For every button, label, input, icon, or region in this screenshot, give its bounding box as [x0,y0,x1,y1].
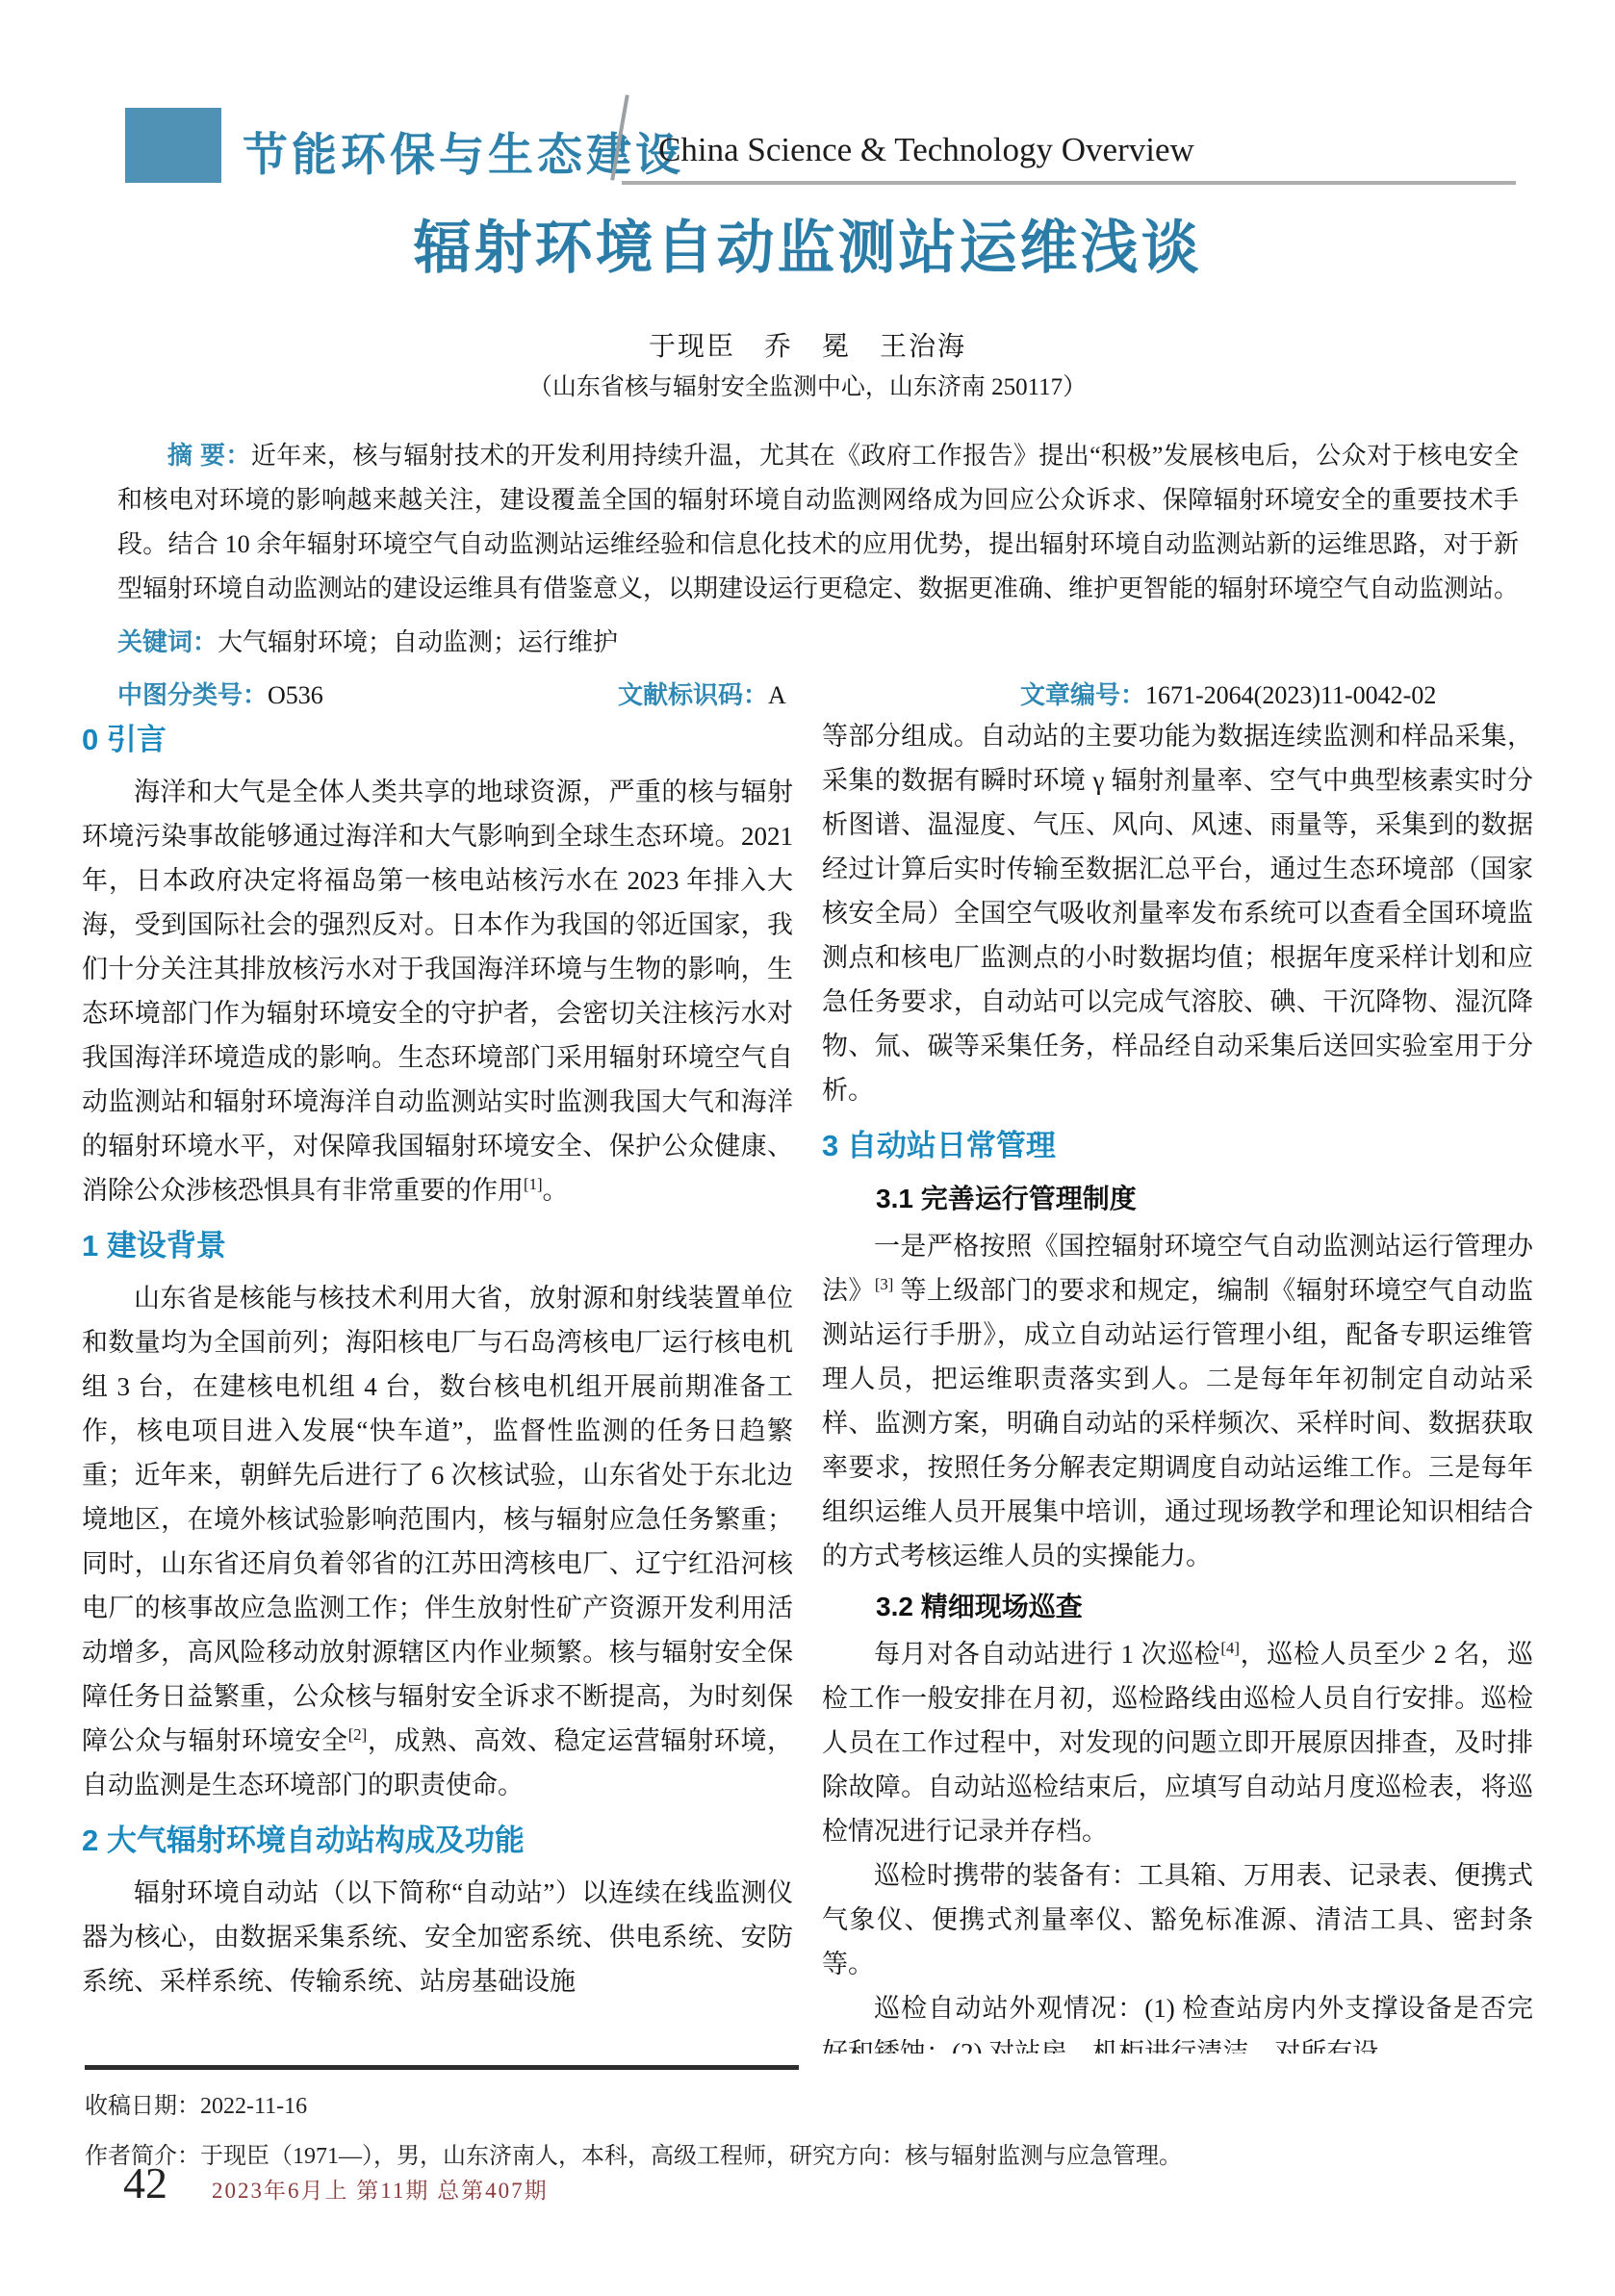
article-affiliation: （山东省核与辐射安全监测中心，山东济南 250117） [0,368,1615,402]
document-code-value: A [768,681,786,709]
abstract-text: 近年来，核与辐射技术的开发利用持续升温，尤其在《政府工作报告》提出“积极”发展核… [117,442,1519,602]
section-heading-0: 0 引言 [82,716,793,764]
section-heading-2: 2 大气辐射环境自动站构成及功能 [82,1817,793,1865]
right-column: 等部分组成。自动站的主要功能为数据连续监测和样品采集，采集的数据有瞬时环境 γ … [822,714,1533,2054]
article-authors: 于现臣 乔 冕 王治海 [0,325,1615,364]
body-paragraph-continued: 等部分组成。自动站的主要功能为数据连续监测和样品采集，采集的数据有瞬时环境 γ … [822,714,1533,1112]
abstract: 摘 要：近年来，核与辐射技术的开发利用持续升温，尤其在《政府工作报告》提出“积极… [117,433,1519,611]
page-number: 42 [123,2157,167,2208]
body-paragraph: 巡检自动站外观情况：(1) 检查站房内外支撑设备是否完好和锈蚀；(2) 对站房、… [822,1986,1533,2054]
article-id-value: 1671-2064(2023)11-0042-02 [1145,681,1436,709]
journal-page: 节能环保与生态建设 China Science & Technology Ove… [0,0,1615,2296]
section-heading-3: 3 自动站日常管理 [822,1122,1533,1170]
clc-label: 中图分类号： [117,680,268,709]
footnote-rule [85,2065,799,2070]
body-paragraph: 海洋和大气是全体人类共享的地球资源，严重的核与辐射环境污染事故能够通过海洋和大气… [82,770,793,1212]
body-paragraph: 辐射环境自动站（以下简称“自动站”）以连续在线监测仪器为核心，由数据采集系统、安… [82,1871,793,2003]
received-date-label: 收稿日期： [85,2094,200,2119]
header-color-block [125,108,221,183]
article-body: 0 引言 海洋和大气是全体人类共享的地球资源，严重的核与辐射环境污染事故能够通过… [82,714,1533,2054]
document-code: 文献标识码：A [618,676,786,715]
section-heading-1: 1 建设背景 [82,1222,793,1270]
body-paragraph: 巡检时携带的装备有：工具箱、万用表、记录表、便携式气象仪、便携式剂量率仪、豁免标… [822,1853,1533,1986]
received-date-value: 2022-11-16 [200,2094,307,2119]
issue-info: 2023年6月上 第11期 总第407期 [212,2173,549,2205]
abstract-label: 摘 要： [167,441,251,470]
subsection-heading-3-1: 3.1 完善运行管理制度 [822,1176,1533,1222]
journal-name-english: China Science & Technology Overview [658,131,1194,169]
keywords-label: 关键词： [117,627,218,656]
body-paragraph: 一是严格按照《国控辐射环境空气自动监测站运行管理办法》[3] 等上级部门的要求和… [822,1224,1533,1578]
article-meta: 摘 要：近年来，核与辐射技术的开发利用持续升温，尤其在《政府工作报告》提出“积极… [117,433,1519,716]
classification-row: 中图分类号：O536 文献标识码：A 文章编号：1671-2064(2023)1… [117,676,1519,716]
document-code-label: 文献标识码： [618,680,768,709]
subsection-heading-3-2: 3.2 精细现场巡查 [822,1584,1533,1630]
article-title: 辐射环境自动监测站运维浅谈 [0,202,1615,285]
body-paragraph: 每月对各自动站进行 1 次巡检[4]，巡检人员至少 2 名，巡检工作一般安排在月… [822,1632,1533,1853]
article-id: 文章编号：1671-2064(2023)11-0042-02 [1020,676,1436,715]
article-id-label: 文章编号： [1020,680,1145,709]
clc-value: O536 [268,681,323,709]
clc-number: 中图分类号：O536 [117,676,323,715]
left-column: 0 引言 海洋和大气是全体人类共享的地球资源，严重的核与辐射环境污染事故能够通过… [82,714,793,2054]
keywords-line: 关键词：大气辐射环境；自动监测；运行维护 [117,623,1519,662]
header-rule [622,181,1516,185]
body-paragraph: 山东省是核能与核技术利用大省，放射源和射线装置单位和数量均为全国前列；海阳核电厂… [82,1276,793,1807]
keywords-text: 大气辐射环境；自动监测；运行维护 [218,628,618,656]
page-footer: 42 2023年6月上 第11期 总第407期 [123,2157,549,2208]
received-date-line: 收稿日期：2022-11-16 [85,2087,1500,2126]
